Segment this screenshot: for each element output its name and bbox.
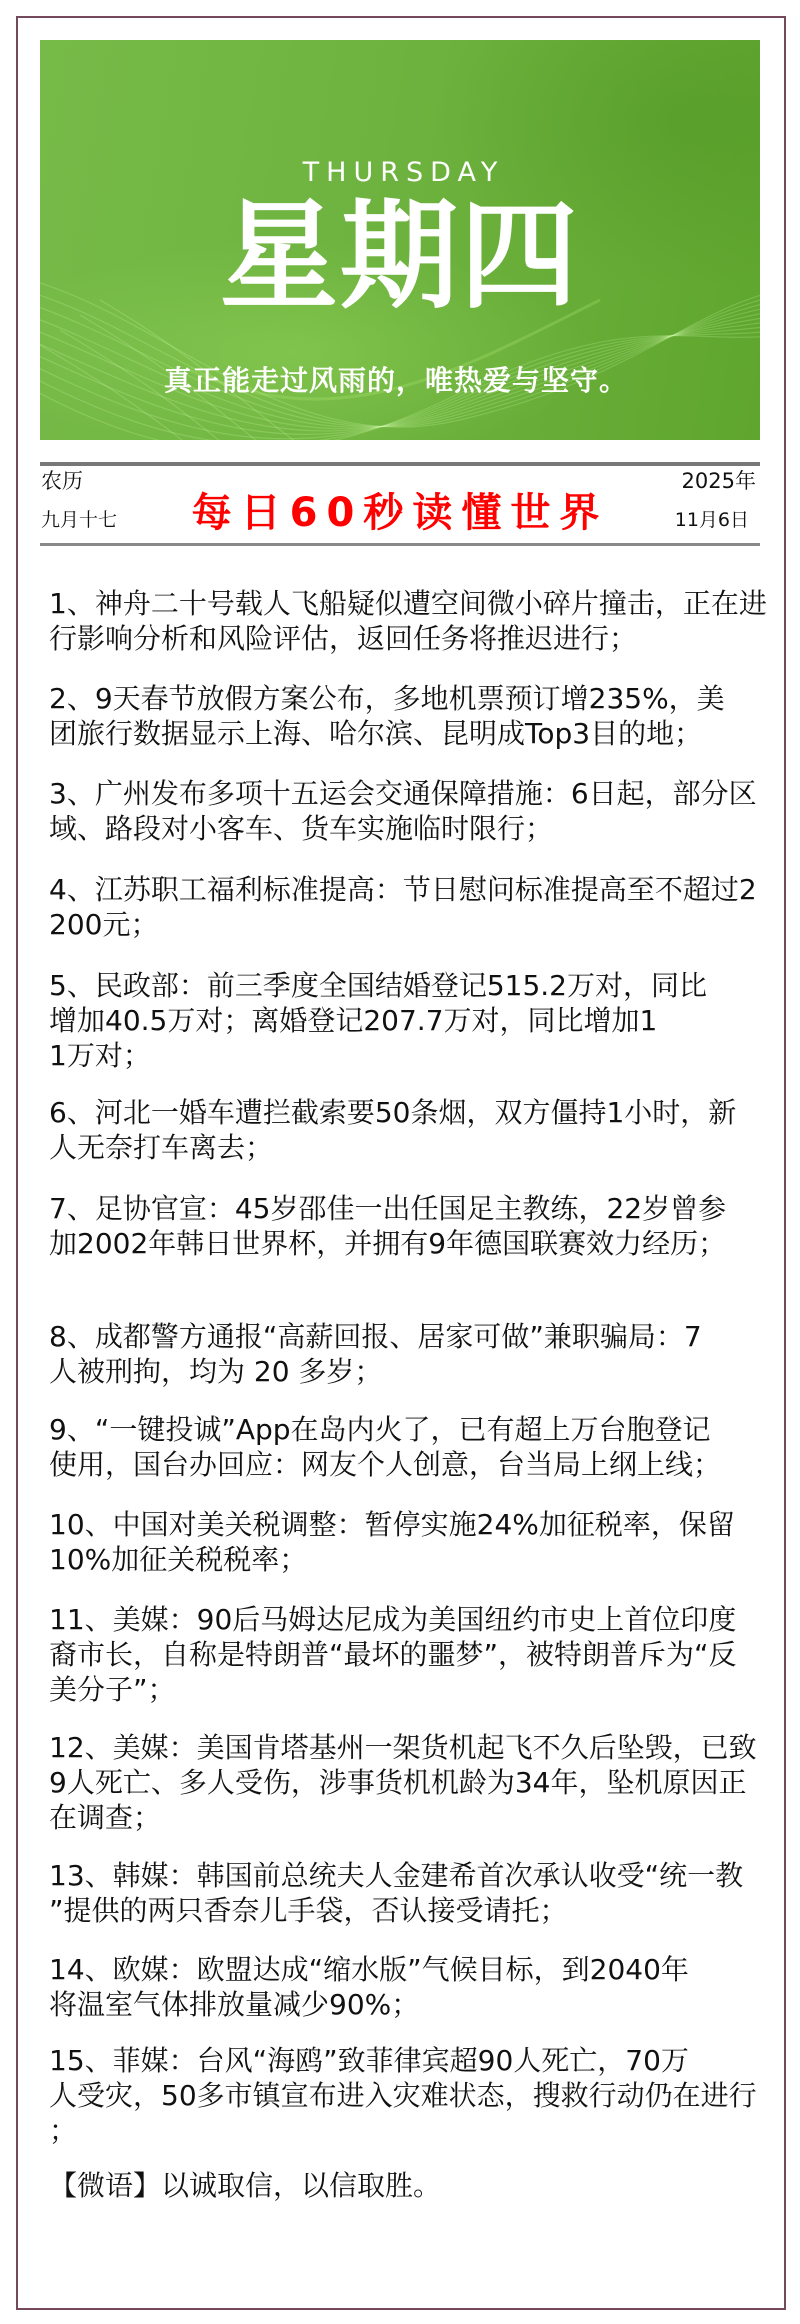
header-top-divider [40,462,760,466]
header-bottom-divider [40,543,760,546]
news-item: 9、“一键投诚”App在岛内火了，已有超上万台胞登记 使用，国台办回应：网友个人… [49,1412,784,1482]
weekday-english: THURSDAY [40,159,760,186]
news-line: 1、神舟二十号载人飞船疑似遭空间微小碎片撞击，正在进 [49,586,784,621]
news-line: 4、江苏职工福利标准提高：节日慰问标准提高至不超过2 [49,872,784,907]
news-line: ； [49,2113,784,2148]
banner-slogan: 真正能走过风雨的，唯热爱与坚守。 [40,366,752,396]
news-line: ”提供的两只香奈儿手袋，否认接受请托； [49,1893,784,1928]
news-line: 增加40.5万对；离婚登记207.7万对，同比增加1 [49,1003,784,1038]
news-item: 14、欧媒：欧盟达成“缩水版”气候目标，到2040年 将温室气体排放量减少90%… [49,1952,784,2022]
gregorian-year: 2025年 [682,470,756,492]
news-line: 1万对； [49,1038,784,1073]
gregorian-date: 11月6日 [675,509,749,531]
news-line: 11、美媒：90后马姆达尼成为美国纽约市史上首位印度 [49,1602,784,1637]
page-title: 每日60秒读懂世界 [40,493,760,533]
news-item: 2、9天春节放假方案公布，多地机票预订增235%，美 团旅行数据显示上海、哈尔滨… [49,681,784,751]
news-line: 200元； [49,907,784,942]
news-item: 12、美媒：美国肯塔基州一架货机起飞不久后坠毁，已致 9人死亡、多人受伤，涉事货… [49,1730,784,1835]
news-line: 加2002年韩日世界杯，并拥有9年德国联赛效力经历； [49,1226,784,1261]
news-line: 将温室气体排放量减少90%； [49,1987,784,2022]
news-item: 10、中国对美关税调整：暂停实施24%加征税率，保留 10%加征关税税率； [49,1507,784,1577]
news-item: 13、韩媒：韩国前总统夫人金建希首次承认收受“统一教 ”提供的两只香奈儿手袋，否… [49,1858,784,1928]
news-item: 8、成都警方通报“高薪回报、居家可做”兼职骗局：7 人被刑拘，均为 20 多岁； [49,1319,784,1389]
news-line: 人受灾，50多市镇宣布进入灾难状态，搜救行动仍在进行 [49,2078,784,2113]
news-line: 10、中国对美关税调整：暂停实施24%加征税率，保留 [49,1507,784,1542]
lunar-calendar-label: 农历 [41,470,83,492]
news-line: 8、成都警方通报“高薪回报、居家可做”兼职骗局：7 [49,1319,784,1354]
news-line: 9、“一键投诚”App在岛内火了，已有超上万台胞登记 [49,1412,784,1447]
news-item: 7、足协官宣：45岁邵佳一出任国足主教练，22岁曾参 加2002年韩日世界杯，并… [49,1191,784,1261]
news-line: 5、民政部：前三季度全国结婚登记515.2万对，同比 [49,968,784,1003]
news-line: 15、菲媒：台风“海鸥”致菲律宾超90人死亡，70万 [49,2043,784,2078]
news-line: 人被刑拘，均为 20 多岁； [49,1354,784,1389]
news-list: 1、神舟二十号载人飞船疑似遭空间微小碎片撞击，正在进 行影响分析和风险评估，返回… [49,586,784,2203]
news-line: 10%加征关税税率； [49,1542,784,1577]
news-line: 6、河北一婚车遭拦截索要50条烟，双方僵持1小时，新 [49,1095,784,1130]
news-line: 在调查； [49,1800,784,1835]
news-item: 15、菲媒：台风“海鸥”致菲律宾超90人死亡，70万 人受灾，50多市镇宣布进入… [49,2043,784,2148]
news-line: 3、广州发布多项十五运会交通保障措施：6日起，部分区 [49,776,784,811]
news-line: 13、韩媒：韩国前总统夫人金建希首次承认收受“统一教 [49,1858,784,1893]
news-item: 5、民政部：前三季度全国结婚登记515.2万对，同比 增加40.5万对；离婚登记… [49,968,784,1073]
news-line: 团旅行数据显示上海、哈尔滨、昆明成Top3目的地； [49,716,784,751]
news-line: 2、9天春节放假方案公布，多地机票预订增235%，美 [49,681,784,716]
news-item: 6、河北一婚车遭拦截索要50条烟，双方僵持1小时，新 人无奈打车离去； [49,1095,784,1165]
weekday-chinese: 星期四 [40,197,760,315]
news-line: 人无奈打车离去； [49,1130,784,1165]
news-line: 行影响分析和风险评估，返回任务将推迟进行； [49,621,784,656]
news-line: 7、足协官宣：45岁邵佳一出任国足主教练，22岁曾参 [49,1191,784,1226]
news-line: 域、路段对小客车、货车实施临时限行； [49,811,784,846]
news-item: 3、广州发布多项十五运会交通保障措施：6日起，部分区 域、路段对小客车、货车实施… [49,776,784,846]
weekday-banner: THURSDAY 星期四 真正能走过风雨的，唯热爱与坚守。 [40,40,760,440]
news-line: 14、欧媒：欧盟达成“缩水版”气候目标，到2040年 [49,1952,784,1987]
news-line: 裔市长，自称是特朗普“最坏的噩梦”，被特朗普斥为“反 [49,1637,784,1672]
news-line: 使用，国台办回应：网友个人创意，台当局上纲上线； [49,1447,784,1482]
news-item: 11、美媒：90后马姆达尼成为美国纽约市史上首位印度 裔市长，自称是特朗普“最坏… [49,1602,784,1707]
news-line: 9人死亡、多人受伤，涉事货机机龄为34年，坠机原因正 [49,1765,784,1800]
news-line: 12、美媒：美国肯塔基州一架货机起飞不久后坠毁，已致 [49,1730,784,1765]
news-item: 1、神舟二十号载人飞船疑似遭空间微小碎片撞击，正在进 行影响分析和风险评估，返回… [49,586,784,656]
closing-quote: 【微语】以诚取信，以信取胜。 [49,2168,784,2203]
news-item: 4、江苏职工福利标准提高：节日慰问标准提高至不超过2 200元； [49,872,784,942]
news-line: 美分子”； [49,1672,784,1707]
